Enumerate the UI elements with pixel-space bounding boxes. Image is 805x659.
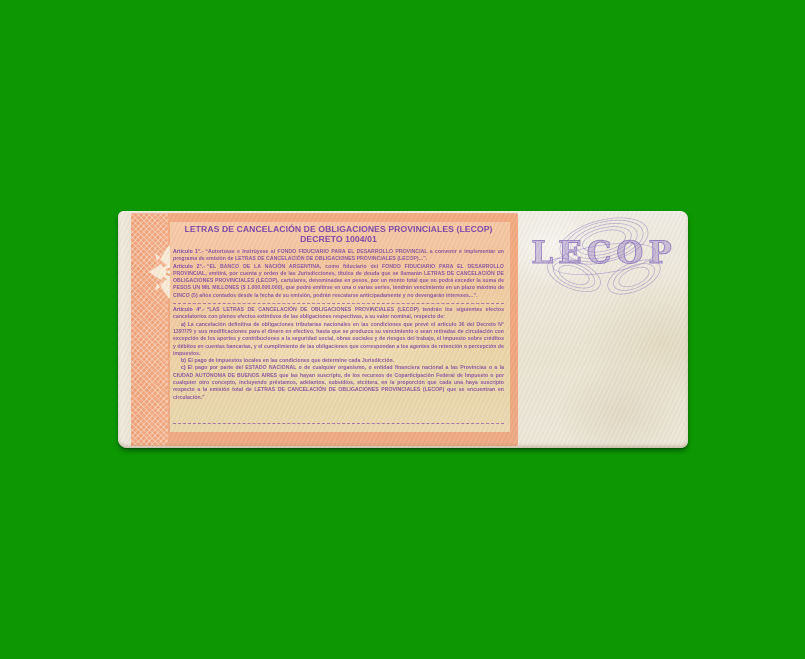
article-4-paragraph: Artículo 4°.-“LAS LETRAS DE CANCELACIÓN … — [173, 307, 504, 322]
orange-printed-area: LETRAS DE CANCELACIÓN DE OBLIGACIONES PR… — [131, 213, 518, 446]
decree-number: DECRETO 1004/01 — [173, 234, 504, 244]
articles-block-2: Artículo 4°.-“LAS LETRAS DE CANCELACIÓN … — [173, 307, 504, 402]
clause-a-lead: a) — [181, 322, 186, 328]
lecop-guilloche-watermark: LECOP — [528, 215, 680, 310]
lecop-banknote-reverse: LETRAS DE CANCELACIÓN DE OBLIGACIONES PR… — [118, 211, 688, 448]
clause-b-lead: b) — [181, 358, 186, 364]
article-2-lead: Artículo 2°.- — [173, 264, 205, 270]
clause-b-text: El pago de impuestos locales en las cond… — [188, 358, 394, 364]
note-left-margin — [118, 211, 131, 448]
article-1-text: “Autorízase e Instrúyese al FONDO FIDUCI… — [173, 249, 504, 262]
dashed-separator-top — [173, 303, 504, 304]
watermark-text: LECOP — [531, 235, 676, 271]
article-4-text: “LAS LETRAS DE CANCELACIÓN DE OBLIGACION… — [173, 307, 504, 320]
decree-text-panel: LETRAS DE CANCELACIÓN DE OBLIGACIONES PR… — [170, 222, 510, 432]
article-2-paragraph: Artículo 2°.-“EL BANCO DE LA NACIÓN ARGE… — [173, 264, 504, 300]
clause-a-paragraph: a)La cancelación definitiva de obligacio… — [173, 322, 504, 358]
article-4-lead: Artículo 4°.- — [173, 307, 205, 313]
clause-c-text: El pago por parte del ESTADO NACIONAL o … — [173, 365, 504, 400]
clause-a-text: La cancelación definitiva de obligacione… — [173, 322, 504, 357]
clause-c-lead: c) — [181, 365, 186, 371]
clause-c-paragraph: c)El pago por parte del ESTADO NACIONAL … — [173, 365, 504, 401]
dashed-separator-bottom — [173, 423, 504, 424]
articles-block-1: Artículo 1°.-“Autorízase e Instrúyese al… — [173, 249, 504, 300]
article-1-lead: Artículo 1°.- — [173, 249, 203, 255]
article-2-text: “EL BANCO DE LA NACIÓN ARGENTINA, como f… — [173, 264, 504, 299]
note-title: LETRAS DE CANCELACIÓN DE OBLIGACIONES PR… — [173, 224, 504, 234]
photo-background: LETRAS DE CANCELACIÓN DE OBLIGACIONES PR… — [0, 0, 805, 659]
article-1-paragraph: Artículo 1°.-“Autorízase e Instrúyese al… — [173, 249, 504, 264]
clause-b-paragraph: b)El pago de impuestos locales en las co… — [173, 358, 504, 365]
watermark-panel: LECOP — [518, 211, 688, 448]
